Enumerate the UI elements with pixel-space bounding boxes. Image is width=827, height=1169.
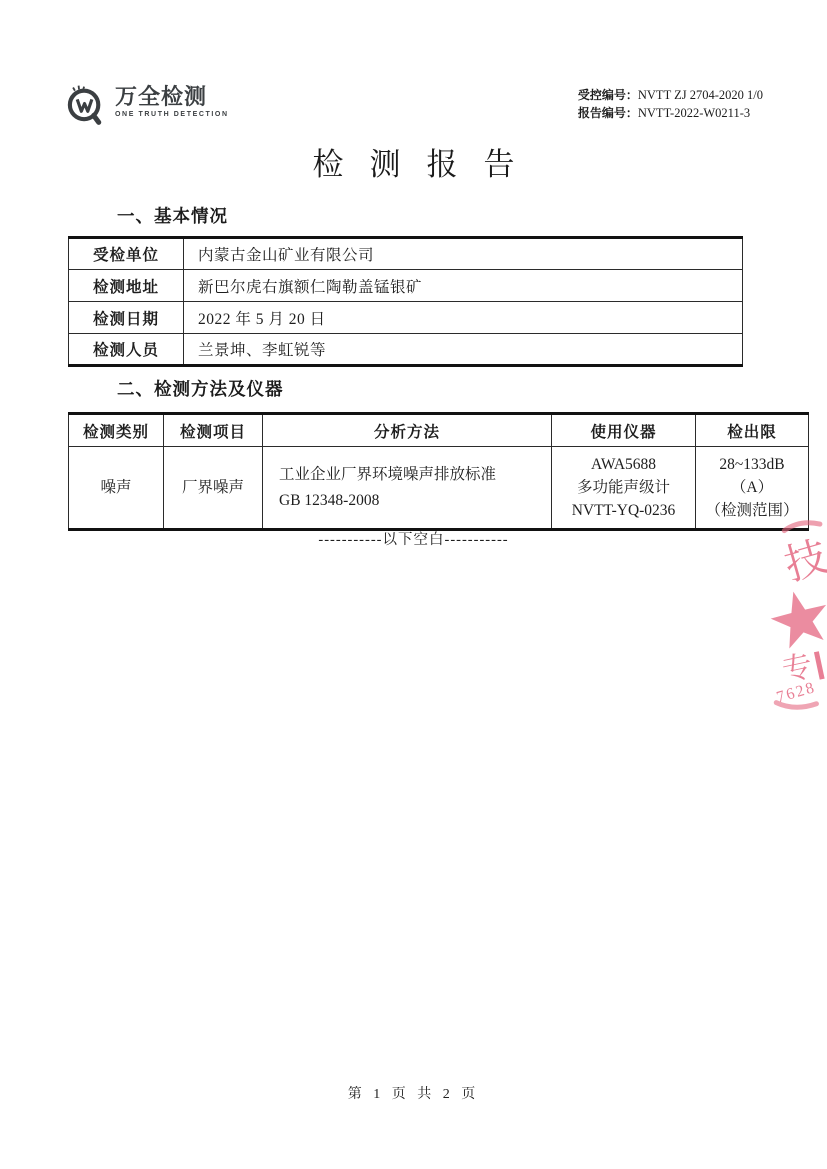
- controlled-number-value: NVTT ZJ 2704-2020 1/0: [638, 88, 763, 102]
- limit-note: （检测范围）: [702, 499, 802, 522]
- page-number: 第 1 页 共 2 页: [0, 1083, 827, 1103]
- section2-heading: 二、检测方法及仪器: [117, 376, 284, 401]
- logo-english-slogan: ONE TRUTH DETECTION: [115, 111, 229, 118]
- logo-chinese-name: 万全检测: [115, 85, 229, 109]
- report-number-value: NVTT-2022-W0211-3: [638, 106, 750, 120]
- instrument-code: NVTT-YQ-0236: [558, 499, 689, 522]
- page-title: 检测报告: [0, 139, 827, 184]
- method-standard-code: GB 12348-2008: [279, 488, 545, 514]
- section1-heading: 一、基本情况: [117, 203, 228, 228]
- limit-range: 28~133dB: [702, 453, 802, 476]
- cell-detection-limit: 28~133dB （A） （检测范围）: [696, 447, 809, 530]
- limit-weighting: （A）: [702, 476, 802, 499]
- table-row: 检测日期 2022 年 5 月 20 日: [69, 302, 743, 334]
- table-row: 受检单位 内蒙古金山矿业有限公司: [69, 238, 743, 270]
- below-blank-note: -----------以下空白-----------: [0, 528, 827, 549]
- cell-method: 工业企业厂界环境噪声排放标准 GB 12348-2008: [263, 447, 552, 530]
- instrument-model: AWA5688: [558, 453, 689, 476]
- table-header-row: 检测类别 检测项目 分析方法 使用仪器 检出限: [69, 414, 809, 447]
- table-row: 检测人员 兰景坤、李虹锐等: [69, 334, 743, 366]
- basic-info-table: 受检单位 内蒙古金山矿业有限公司 检测地址 新巴尔虎右旗额仁陶勒盖锰银矿 检测日…: [68, 236, 743, 367]
- cell-category: 噪声: [69, 447, 164, 530]
- row-value: 内蒙古金山矿业有限公司: [184, 238, 743, 270]
- column-header: 检测项目: [164, 414, 263, 447]
- controlled-number-row: 受控编号：NVTT ZJ 2704-2020 1/0: [578, 87, 763, 105]
- row-label: 检测地址: [69, 270, 184, 302]
- report-number-label: 报告编号：: [578, 106, 638, 120]
- header-report-numbers: 受控编号：NVTT ZJ 2704-2020 1/0 报告编号：NVTT-202…: [578, 87, 763, 122]
- row-value: 2022 年 5 月 20 日: [184, 302, 743, 334]
- magnifier-w-logo-icon: [62, 82, 108, 126]
- cell-instrument: AWA5688 多功能声级计 NVTT-YQ-0236: [552, 447, 696, 530]
- row-value: 新巴尔虎右旗额仁陶勒盖锰银矿: [184, 270, 743, 302]
- column-header: 分析方法: [263, 414, 552, 447]
- row-label: 检测日期: [69, 302, 184, 334]
- method-instrument-table: 检测类别 检测项目 分析方法 使用仪器 检出限 噪声 厂界噪声 工业企业厂界环境…: [68, 412, 809, 531]
- report-page: 万全检测 ONE TRUTH DETECTION 受控编号：NVTT ZJ 27…: [0, 0, 827, 1169]
- row-value: 兰景坤、李虹锐等: [184, 334, 743, 366]
- company-logo: 万全检测 ONE TRUTH DETECTION: [62, 82, 229, 126]
- method-standard-name: 工业企业厂界环境噪声排放标准: [279, 462, 545, 488]
- table-row: 检测地址 新巴尔虎右旗额仁陶勒盖锰银矿: [69, 270, 743, 302]
- column-header: 检测类别: [69, 414, 164, 447]
- controlled-number-label: 受控编号：: [578, 88, 638, 102]
- svg-text:7628: 7628: [775, 679, 818, 706]
- report-number-row: 报告编号：NVTT-2022-W0211-3: [578, 105, 763, 123]
- svg-text:专: 专: [779, 649, 815, 688]
- cell-item: 厂界噪声: [164, 447, 263, 530]
- column-header: 检出限: [696, 414, 809, 447]
- instrument-name: 多功能声级计: [558, 476, 689, 499]
- row-label: 受检单位: [69, 238, 184, 270]
- table-row: 噪声 厂界噪声 工业企业厂界环境噪声排放标准 GB 12348-2008 AWA…: [69, 447, 809, 530]
- row-label: 检测人员: [69, 334, 184, 366]
- column-header: 使用仪器: [552, 414, 696, 447]
